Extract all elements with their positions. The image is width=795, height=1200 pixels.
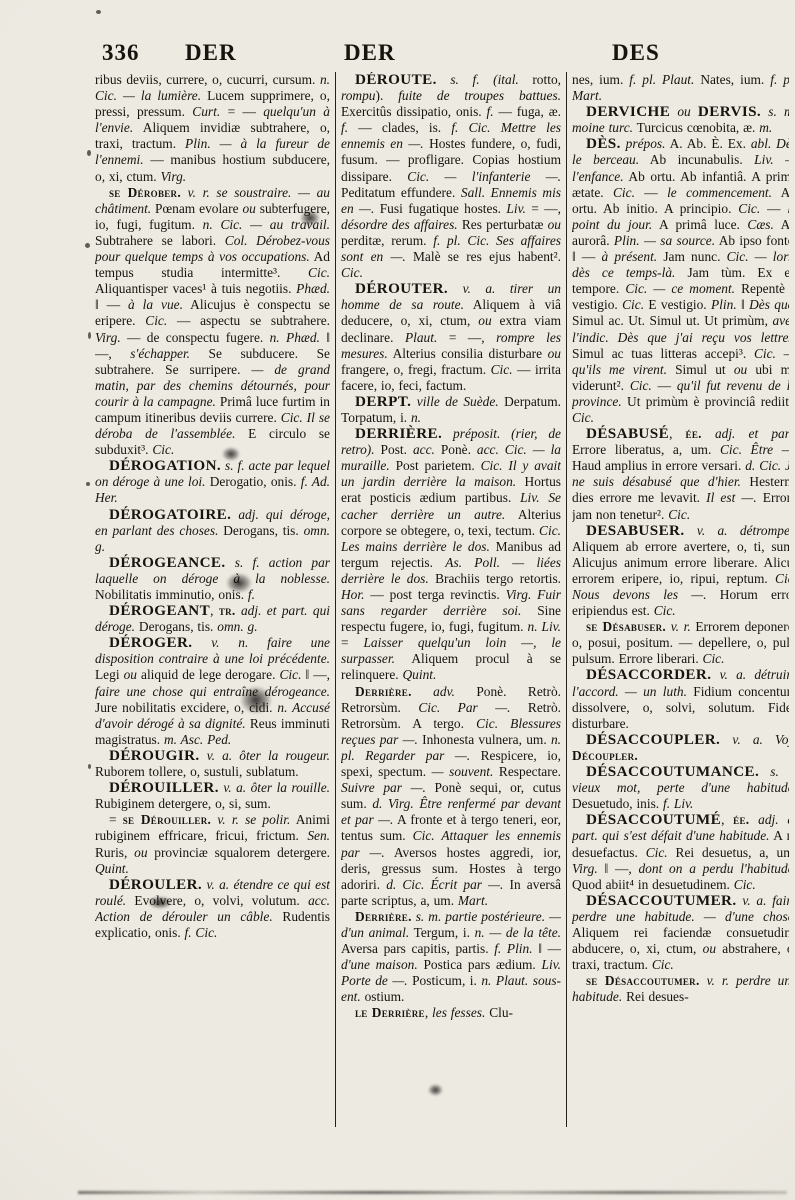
text-run: — fuga, æ. <box>494 104 561 119</box>
text-run: Cic. <box>738 201 760 216</box>
scan-speck <box>88 332 91 339</box>
text-run: — <box>776 346 789 361</box>
text-run: Plin. — sa source. <box>614 233 715 248</box>
entry-derriere-preposition: DERRIÈRE. préposit. (rier, de retro). Po… <box>341 426 561 684</box>
entry-derriere-adverbe: Derrière. adv. Ponè. Retrò. Retrorsùm. C… <box>341 684 561 909</box>
text-run: Respectare. <box>493 764 561 779</box>
text-run: = —, <box>437 330 496 345</box>
text-run: f. pl. Plaut. <box>629 72 694 87</box>
text-run: Cic. <box>308 265 330 280</box>
text-run: f. Plin. <box>494 941 532 956</box>
text-run: s'échapper. <box>130 346 190 361</box>
entry-derpt: DERPT. ville de Suède. Derpatum. Torpatu… <box>341 394 561 426</box>
text-run: ou <box>242 201 255 216</box>
text-run: Découpler. <box>572 748 638 763</box>
text-run: Curt. <box>192 104 220 119</box>
text-run: provinciæ squalorem detergere. <box>148 845 330 860</box>
text-run: Derogans, tis. <box>135 619 217 634</box>
text-run: DÉSACCOUTUMÉ <box>586 812 721 828</box>
text-run: Cic. — ce moment. <box>625 281 735 296</box>
text-run: DÉSACCOUTUMANCE. <box>586 764 759 780</box>
text-run: n. Liv. <box>528 619 561 634</box>
text-run: d'une maison. <box>341 957 418 972</box>
text-run: ou <box>670 104 698 119</box>
text-run: Res perturbatæ <box>458 217 548 232</box>
text-run: s. f. (ital. <box>437 72 519 87</box>
text-run: à présent. <box>602 249 658 264</box>
text-run: ville de Suède. <box>411 394 498 409</box>
text-run: DÈS. <box>586 136 621 152</box>
text-run: Rei desues- <box>622 989 688 1004</box>
text-run: ou <box>548 346 561 361</box>
scan-speck <box>86 482 90 486</box>
text-run: Nobilitatis imminutio, onis. <box>95 587 248 602</box>
text-run: Malè se res ejus habent². <box>406 249 561 264</box>
text-run: Quint. <box>402 667 436 682</box>
text-run: DÉROGER. <box>109 635 192 651</box>
entry-desaccoupler: DÉSACCOUPLER. v. a. Voy. Découpler. <box>572 732 789 764</box>
text-run: ou <box>548 217 561 232</box>
text-run: n. Cic. — au travail. <box>203 217 330 232</box>
text-run: fuite de troupes battues. <box>398 88 561 103</box>
page-number: 336 <box>102 40 140 66</box>
text-run: n. — de la tête. <box>475 925 561 940</box>
text-run: Fusi fugatique hostes. <box>374 201 506 216</box>
text-run: Simul ac. Ut. Simul ut. Ut primùm, <box>572 313 772 328</box>
text-run: Cic. Être —. <box>720 442 789 457</box>
text-run: Cic. <box>341 265 363 280</box>
text-run: Post. <box>375 442 413 457</box>
text-run: Turcicus cœnobita, æ. <box>633 120 759 135</box>
entry-derouiller: DÉROUILLER. v. a. ôter la rouille. Rubig… <box>95 780 330 812</box>
text-run: frangere, o, fregi, fractum. <box>341 362 491 377</box>
text-run: Cic. <box>652 957 674 972</box>
text-run: Rubiginem detergere, o, si, sum. <box>95 796 271 811</box>
text-run: Posticum, i. <box>408 973 482 988</box>
column-divider <box>566 72 567 1127</box>
text-run: DERPT. <box>355 394 411 410</box>
text-run: le Derrière <box>355 1005 425 1020</box>
text-run: Aliquantisper vaces¹ à tuis negotiis. <box>95 281 296 296</box>
text-run: — de conspectu fugere. <box>121 330 270 345</box>
text-run: Quint. <box>95 861 129 876</box>
page-header: 336 DER DER DES <box>0 40 795 70</box>
text-run: DERVIS. <box>698 104 761 120</box>
entry-derouter: DÉROUTER. v. a. tirer un homme de sa rou… <box>341 281 561 394</box>
text-run: Tergum, i. <box>409 925 474 940</box>
text-run: = —, <box>526 201 561 216</box>
text-run: d. Cic. Écrit par —. <box>386 877 503 892</box>
column-divider <box>335 72 336 1127</box>
column-left: ribus deviis, currere, o, cucurri, cursu… <box>95 72 330 1134</box>
text-run: Suivre par —. <box>341 780 426 795</box>
text-run: Liv. <box>506 201 525 216</box>
entry-derogeance: DÉROGEANCE. s. f. action par laquelle on… <box>95 555 330 603</box>
text-run: Exercitûs dissipatio, onis. <box>341 104 487 119</box>
entry-derogation: DÉROGATION. s. f. acte par lequel on dér… <box>95 458 330 506</box>
entry-derougir: DÉROUGIR. v. a. ôter la rougeur. Ruborem… <box>95 748 330 780</box>
text-run: Quod abiit⁴ in desuetudinem. <box>572 877 734 892</box>
entry-des: DÈS. prépos. A. Ab. È. Ex. abl. Dès le b… <box>572 136 789 426</box>
text-run: DERVICHE <box>586 104 670 120</box>
entry-se-desaccoutumer: se Désaccoutumer. v. r. perdre une habit… <box>572 973 789 1005</box>
text-run: Subtrahere se labori. <box>95 233 225 248</box>
text-run: ou <box>478 313 491 328</box>
entry-se-derouiller: = se Dérouiller. v. r. se polir. Animi r… <box>95 812 330 876</box>
text-run: DÉSACCOUTUMER. <box>586 893 737 909</box>
text-run: ‖ —, <box>301 667 330 682</box>
scan-speck <box>85 243 90 248</box>
text-run: = — <box>220 104 263 119</box>
text-run: , <box>210 603 219 618</box>
text-run: se Désaccoutumer. <box>586 973 700 988</box>
text-run: Cic. <box>622 297 644 312</box>
text-run: ‖ — <box>95 297 128 312</box>
text-run: Cic. <box>646 845 668 860</box>
text-run: Virg. <box>572 861 598 876</box>
text-run: Cic. <box>572 410 594 425</box>
text-run: Cic. <box>279 667 301 682</box>
text-run: Derogatio, onis. <box>205 474 300 489</box>
text-run: Brachiis tergo retortis. <box>429 571 561 586</box>
text-run: Dès que. <box>749 297 789 312</box>
scan-edge-smudge <box>78 1191 787 1194</box>
text-run: Sen. <box>307 828 330 843</box>
text-run: désordre des affaires. <box>341 217 458 232</box>
text-run: Simul ut <box>667 362 734 377</box>
text-run: DÉROULER. <box>109 877 202 893</box>
text-run: v. a. ôter la rouille. <box>219 780 330 795</box>
entry-derogeant: DÉROGEANT, tr. adj. et part. qui déroge.… <box>95 603 330 635</box>
text-run: f. <box>487 104 494 119</box>
text-run: Mart. <box>458 893 488 908</box>
text-run: Cic. <box>152 442 174 457</box>
text-run: Cic. Par —. <box>418 700 510 715</box>
text-run: nes, ium. <box>572 72 629 87</box>
text-run: Alterius consilia disturbare <box>388 346 548 361</box>
text-run: Ruris, <box>95 845 134 860</box>
text-run: Cic. <box>654 603 676 618</box>
text-run: Simul ac tuas litteras accepi³. <box>572 346 754 361</box>
entry-desabuser: DESABUSER. v. a. détromper. Aliquem ab e… <box>572 523 789 620</box>
text-run: Cic. <box>734 877 756 892</box>
column-middle: DÉROUTE. s. f. (ital. rotto, rompu). fui… <box>341 72 561 1134</box>
text-run: DÉROGEANT <box>109 603 210 619</box>
text-run: n. <box>411 410 421 425</box>
text-run: v. r. <box>666 619 691 634</box>
text-run: Legi <box>95 667 124 682</box>
scanned-dictionary-page: 336 DER DER DES ribus deviis, currere, o… <box>0 0 795 1200</box>
text-run: Postica pars ædium. <box>418 957 542 972</box>
text-run: ée. <box>733 812 749 827</box>
text-run: Derogans, tis. <box>218 523 303 538</box>
text-run: Inhonesta vulnera, um. <box>418 732 551 747</box>
text-run: — clades, is. <box>348 120 451 135</box>
text-run: Cic. — l'infanterie —. <box>407 169 561 184</box>
text-run: = <box>341 635 363 650</box>
text-run: Nates, ium. <box>694 72 770 87</box>
text-run: Jure nobilitatis excidere, o, cidi. <box>95 700 277 715</box>
text-run: DÉROUGIR. <box>109 748 200 764</box>
text-run: , <box>721 812 733 827</box>
text-run: prépos. <box>621 136 666 151</box>
text-run: v. a. ôter la rougeur. <box>200 748 330 763</box>
text-run: Plin. <box>711 297 737 312</box>
text-run: DESABUSER. <box>586 523 685 539</box>
text-run: omn. g. <box>217 619 257 634</box>
guide-word-left: DER <box>185 40 237 66</box>
entry-desabuse: DÉSABUSÉ, ée. adj. et part. Errore liber… <box>572 426 789 523</box>
text-run: DÉROUILLER. <box>109 780 219 796</box>
text-run: n. Phæd. <box>270 330 320 345</box>
entry-se-desabuser: se Désabuser. v. r. Errorem deponere, o,… <box>572 619 789 667</box>
text-run: — aspectu se subtrahere. <box>167 313 330 328</box>
text-run: A. Ab. È. Ex. <box>665 136 750 151</box>
text-run: ée. <box>686 426 702 441</box>
text-run: Rei desuetus, a, um. <box>668 845 789 860</box>
entry-deroger: DÉROGER. v. n. faire une disposition con… <box>95 635 330 748</box>
text-run: Derrière. <box>355 909 412 924</box>
text-run: Desuetudo, inis. <box>572 796 663 811</box>
text-run: Cic. <box>145 313 167 328</box>
text-run: DÉROGEANCE. <box>109 555 226 571</box>
text-run: Peditatum effundere. <box>341 185 461 200</box>
text-run: m. Asc. Ped. <box>164 732 231 747</box>
text-run: f. Cic. <box>185 925 218 940</box>
text-run: Cic. <box>703 651 725 666</box>
text-run: , <box>425 1005 432 1020</box>
text-run: Cic. <box>491 362 513 377</box>
text-run: DÉROUTE. <box>355 72 437 88</box>
entry-desaccoutumance: DÉSACCOUTUMANCE. s. f. vieux mot, perte … <box>572 764 789 812</box>
text-run: ou <box>734 362 747 377</box>
text-run: rompu <box>341 88 375 103</box>
text-run: E vestigio. <box>644 297 711 312</box>
text-run: Virg. <box>95 330 121 345</box>
text-run: ribus deviis, currere, o, cucurri, cursu… <box>95 72 320 87</box>
text-run: ou <box>703 941 716 956</box>
text-run: — souvent. <box>432 764 494 779</box>
guide-word-center: DER <box>344 40 396 66</box>
text-run: Cic. <box>613 185 635 200</box>
text-run: Cic. <box>668 507 690 522</box>
entry-derriere-substantif: Derrière. s. m. partie postérieure. — d'… <box>341 909 561 1006</box>
text-run: Ponè. <box>435 442 477 457</box>
text-run: Jam nunc. <box>657 249 726 264</box>
text-run: f. <box>248 587 255 602</box>
text-run: v. a. détromper. <box>685 523 789 538</box>
text-run: Cic. <box>754 346 776 361</box>
text-run: ‖ —, <box>598 861 639 876</box>
entry-desaccorder: DÉSACCORDER. v. a. détruire l'accord. — … <box>572 667 789 731</box>
text-run: à la vue. <box>128 297 183 312</box>
text-run: A primâ luce. <box>652 217 747 232</box>
text-run: rotto, <box>519 72 561 87</box>
entry-se-derober: se Dérober. v. r. se soustraire. — au ch… <box>95 185 330 459</box>
text-run: Derrière. <box>355 684 412 699</box>
text-run: Phæd. <box>296 281 330 296</box>
text-run: , <box>669 426 685 441</box>
scan-speck <box>88 764 91 769</box>
text-run: = <box>109 812 123 827</box>
text-run: Haud amplius in errore versari. <box>572 458 745 473</box>
text-run: se Dérober. <box>109 185 181 200</box>
text-run: dont on a perdu l'habitude. <box>638 861 789 876</box>
text-run: v. a. Voy. <box>720 732 789 747</box>
text-run: v. r. se polir. <box>211 812 290 827</box>
text-run: ‖ <box>737 297 749 312</box>
text-run: faire une chose qui entraîne dérogeance. <box>95 684 330 699</box>
guide-word-right: DES <box>612 40 660 66</box>
entry-derogatoire: DÉROGATOIRE. adj. qui déroge, en parlant… <box>95 507 330 555</box>
text-run: DÉROGATOIRE. <box>109 507 231 523</box>
text-run: les fesses. <box>432 1005 485 1020</box>
text-run: Hor. <box>341 587 364 602</box>
text-run: Aversa pars capitis, partis. <box>341 941 494 956</box>
entry-continuation-derober: ribus deviis, currere, o, cucurri, cursu… <box>95 72 330 185</box>
text-run: — <box>652 378 677 393</box>
text-run: le commencement. <box>667 185 772 200</box>
text-run: — post terga revinctis. <box>364 587 505 602</box>
text-run: DÉROUTER. <box>355 281 448 297</box>
text-run: Evolvere, o, volvi, volutum. <box>126 893 308 908</box>
entry-desaccoutume: DÉSACCOUTUMÉ, ée. adj. et part. qui s'es… <box>572 812 789 892</box>
text-run: Cic. <box>630 378 652 393</box>
entry-derouler: DÉROULER. v. a. étendre ce qui est roulé… <box>95 877 330 941</box>
scan-speck <box>96 10 101 14</box>
text-run: DÉSACCOUPLER. <box>586 732 720 748</box>
text-run: f. Liv. <box>663 796 693 811</box>
text-run: Virg. <box>160 169 186 184</box>
text-run: Il est —. <box>706 490 757 505</box>
entry-desaccoutumer: DÉSACCOUTUMER. v. a. faire perdre une ha… <box>572 893 789 973</box>
text-run: ‖ — <box>533 941 561 956</box>
entry-le-derriere: le Derrière, les fesses. Clu- <box>341 1005 561 1021</box>
text-run: m. <box>759 120 772 135</box>
text-run: DÉROGATION. <box>109 458 221 474</box>
column-right: nes, ium. f. pl. Plaut. Nates, ium. f. p… <box>572 72 789 1134</box>
text-run: ou <box>124 667 137 682</box>
text-run: tr. <box>219 603 236 618</box>
text-run: ). <box>375 88 398 103</box>
text-run: perditæ, rerum. <box>341 233 433 248</box>
text-run: Aliquem ab errore avertere, o, ti, sum. … <box>572 539 789 586</box>
text-run: ostium. <box>361 989 405 1004</box>
text-run: Pœnam evolare <box>151 201 242 216</box>
text-run: Errore liberatus, a, um. <box>572 442 720 457</box>
text-run: qu'ils me virent. <box>572 362 667 377</box>
text-run: Plaut. <box>405 330 437 345</box>
text-run: adv. <box>412 684 455 699</box>
entry-deroute: DÉROUTE. s. f. (ital. rotto, rompu). fui… <box>341 72 561 281</box>
text-run: se Dérouiller. <box>123 812 211 827</box>
text-run: DÉSABUSÉ <box>586 426 669 442</box>
text-run: aliquid de lege derogare. <box>137 667 280 682</box>
text-columns: ribus deviis, currere, o, cucurri, cursu… <box>95 72 789 1134</box>
text-run: DERRIÈRE. <box>355 426 442 442</box>
text-run: Post parietem. <box>390 458 481 473</box>
scan-speck <box>87 150 91 156</box>
text-run: Clu- <box>485 1005 513 1020</box>
text-run: — <box>760 201 787 216</box>
entry-derviche: DERVICHE ou DERVIS. s. m. moine turc. Tu… <box>572 104 789 136</box>
text-run: — <box>635 185 667 200</box>
text-run: adj. et part. <box>702 426 789 441</box>
text-run: Ut primùm è provinciâ rediit⁴. <box>622 394 789 409</box>
text-run: se Désabuser. <box>586 619 666 634</box>
text-run: Cæs. <box>747 217 773 232</box>
text-run: ou <box>134 845 147 860</box>
text-run: DÉSACCORDER. <box>586 667 711 683</box>
entry-continuation-le-derriere: nes, ium. f. pl. Plaut. Nates, ium. f. p… <box>572 72 789 104</box>
text-run: Ab incunabulis. <box>639 152 754 167</box>
text-run: Ruborem tollere, o, sustuli, sublatum. <box>95 764 299 779</box>
text-run: acc. <box>413 442 435 457</box>
